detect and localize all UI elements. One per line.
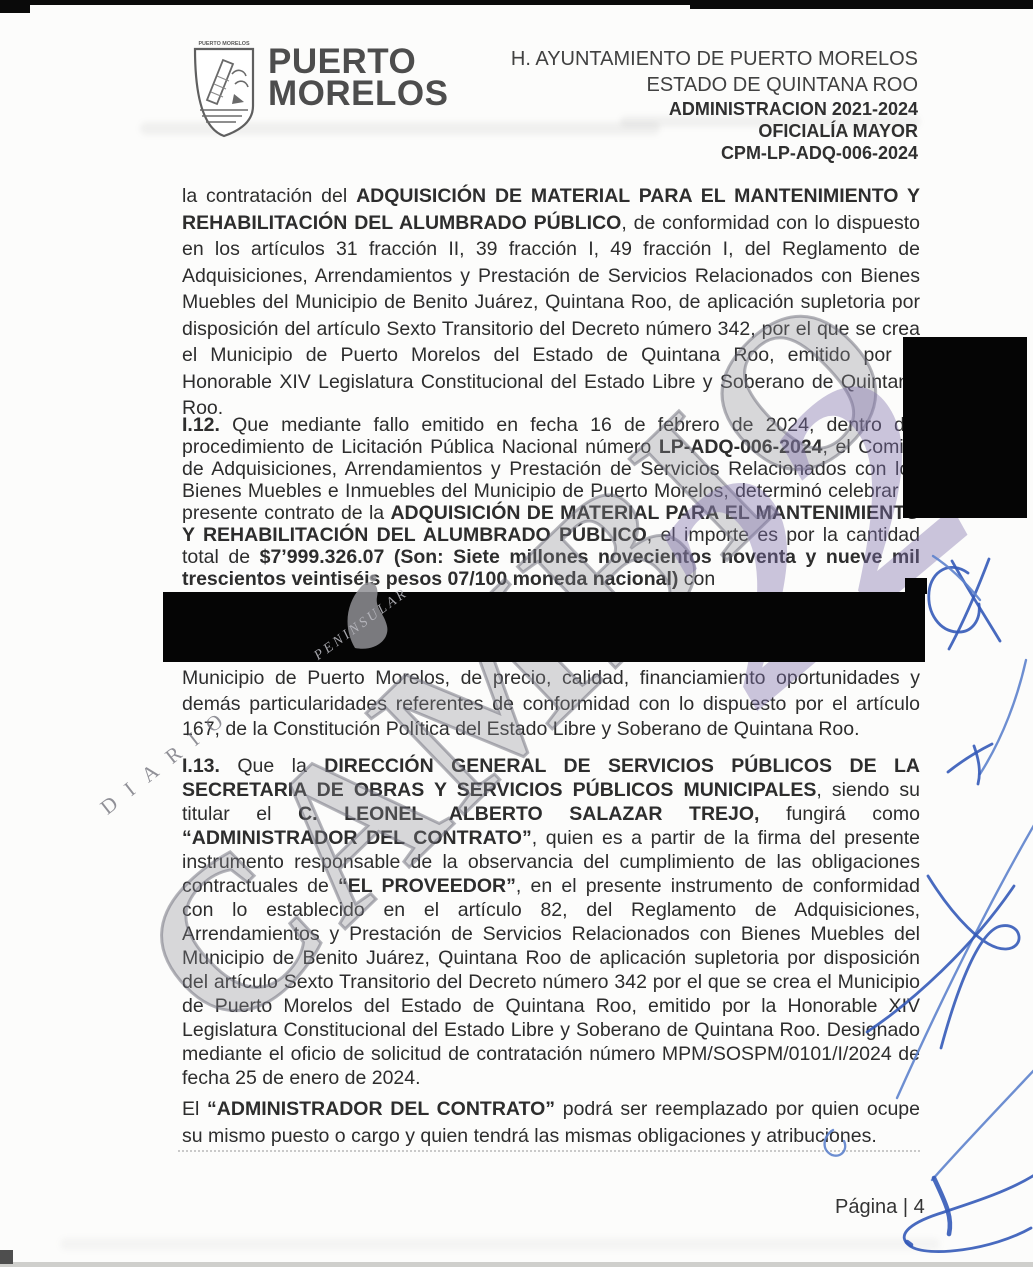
scan-artifact-bottom-edge bbox=[0, 1262, 1033, 1267]
crest-caption: PUERTO MORELOS bbox=[198, 41, 250, 47]
paragraph-i12: I.12. Que mediante fallo emitido en fech… bbox=[182, 414, 920, 590]
header-line-expediente: CPM-LP-ADQ-006-2024 bbox=[470, 142, 918, 164]
coat-of-arms-icon: PUERTO MORELOS bbox=[190, 38, 258, 140]
scan-artifact-top-right-edge bbox=[690, 0, 1033, 9]
scan-faint-rule bbox=[178, 1150, 920, 1152]
scan-smudge bbox=[60, 1238, 940, 1250]
pen-signature bbox=[904, 1066, 1033, 1252]
page-number: Página | 4 bbox=[835, 1196, 925, 1219]
pen-mark-paraph bbox=[929, 556, 1000, 649]
scan-artifact-top-left-corner bbox=[0, 0, 30, 13]
header-line-ayuntamiento: H. AYUNTAMIENTO DE PUERTO MORELOS bbox=[470, 46, 918, 72]
paragraph-continuation: Municipio de Puerto Morelos, de precio, … bbox=[182, 666, 920, 743]
header-institution-block: H. AYUNTAMIENTO DE PUERTO MORELOS ESTADO… bbox=[470, 46, 918, 164]
paragraph-intro: la contratación del ADQUISICIÓN DE MATER… bbox=[182, 183, 920, 422]
header-line-administracion: ADMINISTRACION 2021-2024 bbox=[470, 98, 918, 120]
puerto-morelos-logo: PUERTO MORELOS PUERTO MORELOS bbox=[190, 38, 448, 140]
logo-wordmark-line2: MORELOS bbox=[268, 78, 448, 110]
paragraph-final: El “ADMINISTRADOR DEL CONTRATO” podrá se… bbox=[182, 1096, 920, 1150]
scanned-contract-page: PUERTO MORELOS PUERTO MORELOS H. AYUNTAM… bbox=[0, 0, 1033, 1267]
header-line-oficialia: OFICIALÍA MAYOR bbox=[470, 120, 918, 142]
pen-mark-check bbox=[948, 660, 1026, 784]
header-line-estado: ESTADO DE QUINTANA ROO bbox=[470, 72, 918, 98]
redaction-bar bbox=[163, 592, 925, 662]
redaction-bar-corner bbox=[905, 578, 927, 594]
paragraph-i13: I.13. Que la DIRECCIÓN GENERAL DE SERVIC… bbox=[182, 754, 920, 1090]
redaction-bar-right-margin bbox=[903, 337, 1027, 518]
scan-artifact-bottom-left-corner bbox=[0, 1250, 13, 1264]
logo-wordmark: PUERTO MORELOS bbox=[268, 46, 448, 110]
